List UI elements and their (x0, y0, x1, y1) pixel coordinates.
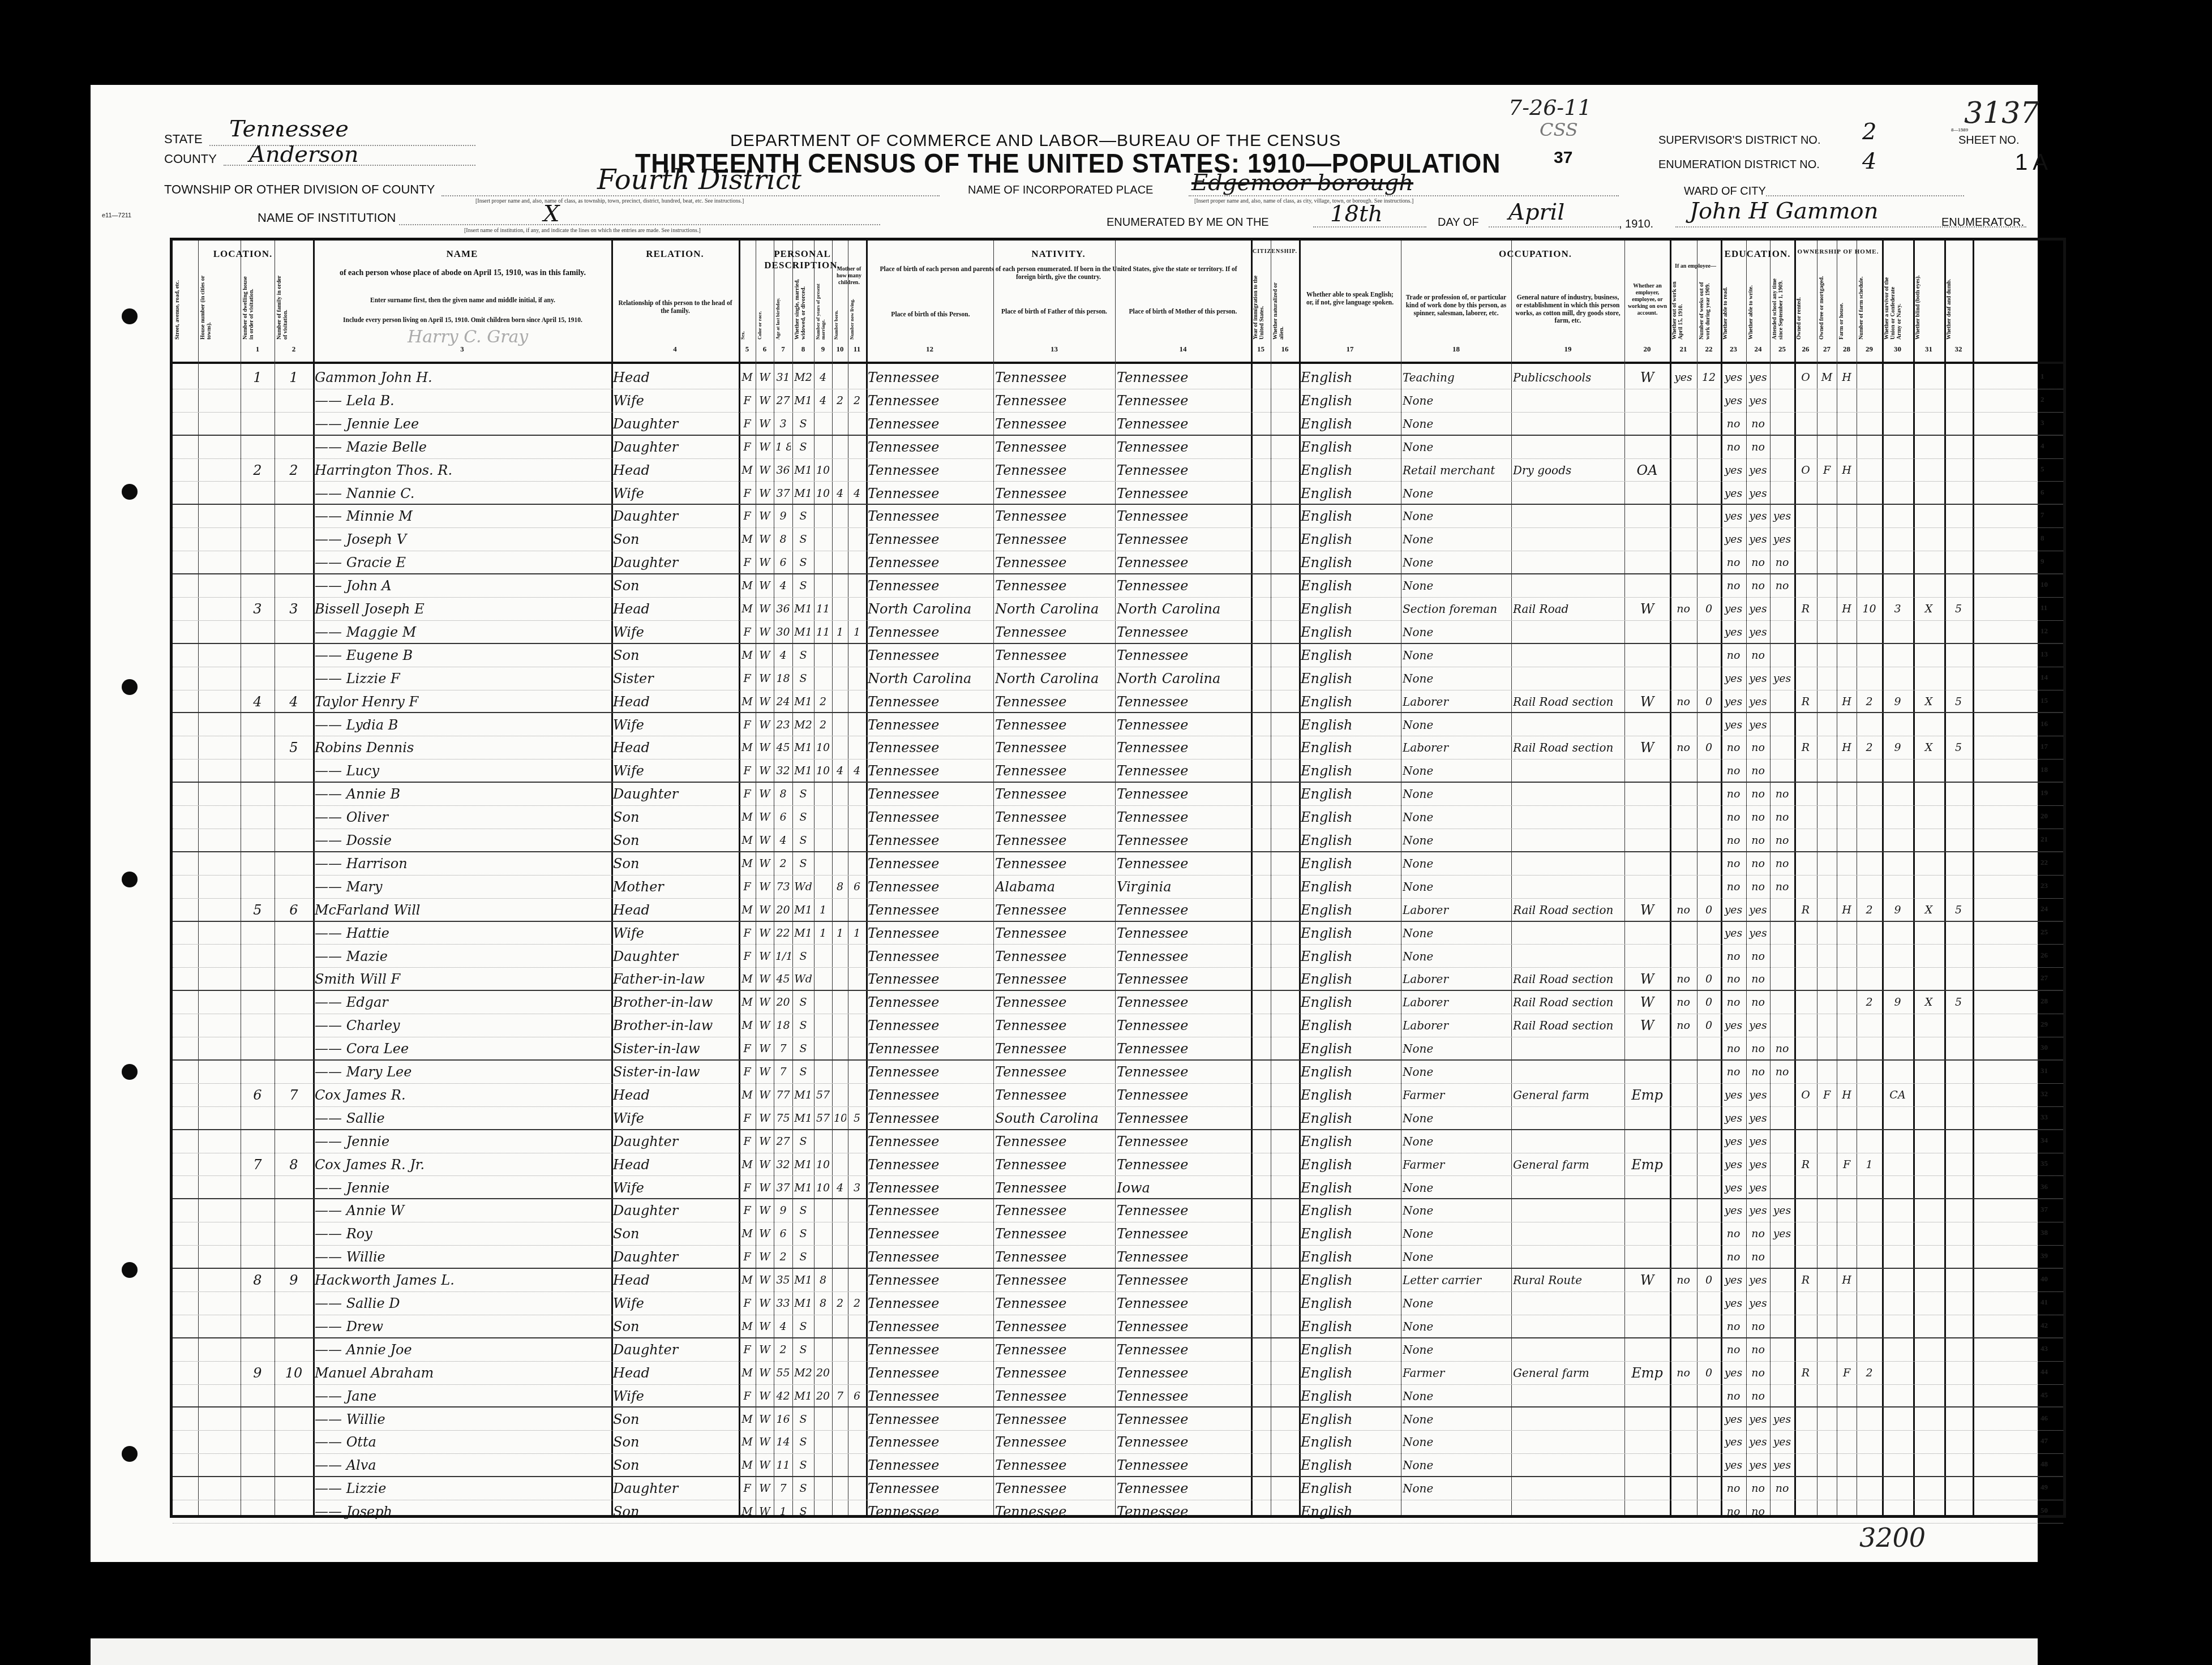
cell-sex: F (740, 784, 754, 804)
ward-label: WARD OF CITY (1684, 185, 1766, 198)
cell-fpob: Tennessee (995, 992, 1113, 1012)
cell-trade: None (1403, 1455, 1510, 1475)
cell-mpob: Tennessee (1117, 1155, 1249, 1175)
cell-name: Cox James R. Jr. (315, 1155, 610, 1175)
cell-rel: Wife (613, 1178, 737, 1198)
cell-write: no (1748, 1224, 1768, 1244)
cell-name: —— Dossie (315, 830, 610, 851)
cell-own: R (1796, 900, 1815, 920)
cell-sex: M (740, 460, 754, 480)
cell-eng: English (1301, 483, 1399, 504)
cell-name: —— Drew (315, 1316, 610, 1337)
cell-emp: Emp (1626, 1155, 1668, 1175)
cell-fam: 7 (276, 1085, 311, 1105)
cell-trade: Letter carrier (1403, 1270, 1510, 1290)
cell-fpob: Tennessee (995, 1178, 1113, 1198)
line-number: 41 (2040, 1298, 2048, 1307)
margin-signature: Harry C. Gray (408, 327, 528, 347)
cell-pob: Tennessee (868, 1409, 992, 1430)
table-row: —— JennieDaughterFW27STennesseeTennessee… (173, 1130, 2063, 1153)
cell-name: —— Minnie M (315, 506, 610, 526)
cell-name: Robins Dennis (315, 737, 610, 758)
column-number: 24 (1746, 345, 1770, 354)
supervisor-number: 2 (1862, 119, 1876, 145)
cell-emp: Emp (1626, 1363, 1668, 1383)
cell-eng: English (1301, 1039, 1399, 1059)
cell-write: yes (1748, 1155, 1768, 1175)
cell-ind: General farm (1513, 1155, 1623, 1175)
cell-rel: Daughter (613, 1200, 737, 1221)
cell-free: F (1819, 460, 1835, 480)
cell-mpob: Tennessee (1117, 1409, 1249, 1430)
cell-farm: F (1838, 1363, 1855, 1383)
line-number: 45 (2040, 1391, 2048, 1400)
cell-fpob: Tennessee (995, 645, 1113, 666)
vertical-header-c21: Whether out of work on April 15, 1910. (1671, 272, 1695, 340)
vertical-header-c16: Whether naturalized or alien. (1272, 272, 1297, 340)
cell-sch: no (1772, 576, 1793, 596)
cell-rel: Son (613, 1316, 737, 1337)
cell-read: yes (1722, 483, 1744, 504)
cell-trade: None (1403, 877, 1510, 897)
cell-rel: Wife (613, 1293, 737, 1314)
cell-read: no (1722, 576, 1744, 596)
vertical-header-c26: Owned or rented. (1796, 272, 1815, 340)
cell-rel: Wife (613, 761, 737, 781)
cell-write: yes (1748, 1015, 1768, 1036)
cell-mpob: Iowa (1117, 1178, 1249, 1198)
cell-ind: Dry goods (1513, 460, 1623, 480)
cell-mpob: Tennessee (1117, 506, 1249, 526)
cell-race: W (757, 1386, 772, 1406)
col14-header: Place of birth of Mother of this person. (1118, 308, 1248, 316)
cell-yrs: 10 (816, 737, 830, 758)
cell-rel: Sister-in-law (613, 1039, 737, 1059)
cell-mpob: Tennessee (1117, 1363, 1249, 1383)
cell-pob: Tennessee (868, 1340, 992, 1360)
cell-sex: F (740, 877, 754, 897)
cell-dw: 5 (242, 900, 273, 920)
cell-sex: M (740, 1155, 754, 1175)
cell-fpob: Tennessee (995, 1455, 1113, 1475)
cell-fpob: Tennessee (995, 1432, 1113, 1452)
cell-race: W (757, 1455, 772, 1475)
cell-read: yes (1722, 599, 1744, 619)
cell-name: —— Hattie (315, 923, 610, 943)
table-row: —— Lydia BWifeFW23M22TennesseeTennesseeT… (173, 714, 2063, 737)
vertical-header-c_house: House number (in cities or towns). (200, 272, 239, 340)
line-number: 14 (2040, 673, 2048, 682)
cell-yrs: 57 (816, 1085, 830, 1105)
cell-mpob: Tennessee (1117, 692, 1249, 712)
vertical-header-c5: Sex. (740, 272, 754, 340)
cell-ms: M2 (794, 1363, 812, 1383)
table-row: —— OliverSonMW6STennesseeTennesseeTennes… (173, 806, 2063, 829)
cell-ind: Rail Road section (1513, 900, 1623, 920)
vertical-header-c25: Attended school any time since September… (1772, 272, 1793, 340)
cell-race: W (757, 552, 772, 573)
cell-born: 1 (834, 622, 846, 642)
cell-trade: None (1403, 923, 1510, 943)
table-row: —— Jennie LeeDaughterFW3STennesseeTennes… (173, 413, 2063, 436)
cell-pob: Tennessee (868, 1155, 992, 1175)
line-number: 50 (2040, 1506, 2048, 1515)
cell-fpob: Tennessee (995, 1409, 1113, 1430)
cell-age: 1 (775, 1501, 791, 1522)
cell-name: —— Lizzie (315, 1478, 610, 1499)
cell-sex: F (740, 1108, 754, 1128)
cell-read: yes (1722, 900, 1744, 920)
cell-emp: W (1626, 900, 1668, 920)
table-row: —— OttaSonMW14STennesseeTennesseeTenness… (173, 1431, 2063, 1454)
cell-read: no (1722, 1316, 1744, 1337)
cell-mpob: Tennessee (1117, 923, 1249, 943)
cell-c30: 9 (1884, 992, 1911, 1012)
cell-farm: H (1838, 737, 1855, 758)
table-row: 78Cox James R. Jr.HeadMW32M110TennesseeT… (173, 1153, 2063, 1177)
cell-sched: 2 (1858, 1363, 1880, 1383)
cell-trade: Laborer (1403, 992, 1510, 1012)
cell-ind: Rail Road (1513, 599, 1623, 619)
cell-write: yes (1748, 692, 1768, 712)
cell-fpob: Tennessee (995, 483, 1113, 504)
cell-ms: M2 (794, 715, 812, 735)
cell-fpob: Tennessee (995, 761, 1113, 781)
column-number: 22 (1697, 345, 1721, 354)
table-row: —— AlvaSonMW11STennesseeTennesseeTenness… (173, 1454, 2063, 1477)
cell-read: yes (1722, 715, 1744, 735)
cell-ms: S (794, 1340, 812, 1360)
cell-age: 7 (775, 1062, 791, 1082)
cell-c32: 5 (1946, 900, 1971, 920)
cell-sex: F (740, 668, 754, 689)
cell-sex: F (740, 1039, 754, 1059)
cell-fpob: Tennessee (995, 460, 1113, 480)
table-row: —— JennieWifeFW37M11043TennesseeTennesse… (173, 1177, 2063, 1200)
cell-ms: M1 (794, 900, 812, 920)
cell-write: yes (1748, 506, 1768, 526)
cell-own: O (1796, 367, 1815, 388)
line-number: 10 (2040, 580, 2048, 589)
cell-fpob: Tennessee (995, 830, 1113, 851)
cell-fpob: Tennessee (995, 576, 1113, 596)
cell-write: no (1748, 437, 1768, 457)
page-number-top: 3137 (1964, 96, 2039, 130)
cell-ms: S (794, 1062, 812, 1082)
column-number: 4 (611, 345, 739, 354)
cell-write: yes (1748, 622, 1768, 642)
cell-ms: M1 (794, 1178, 812, 1198)
table-row: —— RoySonMW6STennesseeTennesseeTennessee… (173, 1222, 2063, 1246)
cell-race: W (757, 1363, 772, 1383)
cell-read: yes (1722, 923, 1744, 943)
cell-read: no (1722, 1247, 1744, 1267)
cell-write: yes (1748, 1131, 1768, 1152)
cell-read: no (1722, 1224, 1744, 1244)
cell-mpob: Tennessee (1117, 622, 1249, 642)
line-number: 36 (2040, 1182, 2048, 1191)
cell-c31: X (1915, 692, 1943, 712)
cell-fpob: Tennessee (995, 552, 1113, 573)
line-number: 40 (2040, 1275, 2048, 1284)
column-number: 1 (241, 345, 275, 354)
cell-race: W (757, 483, 772, 504)
cell-mpob: Tennessee (1117, 1455, 1249, 1475)
enumerated-label: ENUMERATED BY ME ON THE (1107, 216, 1269, 229)
cell-ms: S (794, 668, 812, 689)
line-number: 22 (2040, 858, 2048, 867)
cell-fpob: Tennessee (995, 1224, 1113, 1244)
cell-mpob: Tennessee (1117, 1062, 1249, 1082)
cell-trade: None (1403, 1224, 1510, 1244)
cell-name: —— Charley (315, 1015, 610, 1036)
cell-eng: English (1301, 1455, 1399, 1475)
cell-age: 6 (775, 1224, 791, 1244)
cell-trade: Farmer (1403, 1085, 1510, 1105)
cell-pob: Tennessee (868, 692, 992, 712)
cell-own: O (1796, 1085, 1815, 1105)
cell-name: —— Lela B. (315, 390, 610, 411)
cell-sch: yes (1772, 1409, 1793, 1430)
cell-sch: no (1772, 853, 1793, 874)
cell-mpob: Tennessee (1117, 529, 1249, 550)
cell-sex: M (740, 1224, 754, 1244)
group-header-occupation: OCCUPATION. (1401, 248, 1670, 260)
cell-fpob: Tennessee (995, 1039, 1113, 1059)
cell-mpob: Tennessee (1117, 761, 1249, 781)
cell-rel: Son (613, 1224, 737, 1244)
enumerator-name: John H Gammon (1690, 198, 1878, 224)
cell-eng: English (1301, 1478, 1399, 1499)
cell-sex: M (740, 737, 754, 758)
cell-sex: M (740, 1501, 754, 1522)
table-row: —— Eugene BSonMW4STennesseeTennesseeTenn… (173, 644, 2063, 667)
cell-ms: M1 (794, 1386, 812, 1406)
table-row: —— JosephSonMW1STennesseeTennesseeTennes… (173, 1500, 2063, 1524)
cell-mpob: Tennessee (1117, 1039, 1249, 1059)
line-number: 42 (2040, 1321, 2048, 1330)
cell-rel: Head (613, 367, 737, 388)
cell-mpob: Tennessee (1117, 576, 1249, 596)
vertical-header-c2: Number of family in order of visitation. (276, 272, 311, 340)
cell-trade: None (1403, 1293, 1510, 1314)
cell-read: no (1722, 437, 1744, 457)
vertical-header-c29: Number of farm schedule. (1858, 272, 1880, 340)
cell-mpob: Tennessee (1117, 483, 1249, 504)
cell-eng: English (1301, 1293, 1399, 1314)
cell-ms: S (794, 784, 812, 804)
cell-write: no (1748, 1501, 1768, 1522)
punch-hole (122, 872, 138, 887)
cell-eng: English (1301, 692, 1399, 712)
cell-sched: 1 (1858, 1155, 1880, 1175)
cell-race: W (757, 1039, 772, 1059)
cell-mpob: Tennessee (1117, 969, 1249, 989)
cell-write: no (1748, 737, 1768, 758)
cell-sex: F (740, 390, 754, 411)
table-row: 56McFarland WillHeadMW20M11TennesseeTenn… (173, 899, 2063, 922)
date-stamp: 7-26-11 (1508, 95, 1592, 120)
cell-fam: 2 (276, 460, 311, 480)
cell-farm: H (1838, 692, 1855, 712)
cell-living: 6 (850, 877, 864, 897)
cell-race: W (757, 807, 772, 827)
cell-fpob: Tennessee (995, 529, 1113, 550)
cell-read: yes (1722, 1015, 1744, 1036)
table-row: 22Harrington Thos. R.HeadMW36M110Tenness… (173, 459, 2063, 482)
cell-eng: English (1301, 390, 1399, 411)
cell-eng: English (1301, 1340, 1399, 1360)
cell-sch: no (1772, 552, 1793, 573)
punch-hole (122, 1446, 138, 1462)
cell-fpob: Tennessee (995, 390, 1113, 411)
cell-farm: H (1838, 599, 1855, 619)
cell-rel: Son (613, 645, 737, 666)
line-number: 5 (2040, 465, 2044, 474)
cell-read: no (1722, 1386, 1744, 1406)
cell-ind: Rail Road section (1513, 992, 1623, 1012)
cell-read: yes (1722, 1432, 1744, 1452)
cell-rel: Son (613, 529, 737, 550)
cell-race: W (757, 946, 772, 967)
cell-read: yes (1722, 390, 1744, 411)
mark-37: 37 (1554, 148, 1572, 168)
cell-ms: M1 (794, 390, 812, 411)
cell-trade: None (1403, 807, 1510, 827)
cell-wks: 0 (1699, 737, 1719, 758)
cell-write: no (1748, 992, 1768, 1012)
cell-ind: Rail Road section (1513, 737, 1623, 758)
cell-rel: Daughter (613, 784, 737, 804)
cell-read: yes (1722, 460, 1744, 480)
table-row: —— Gracie EDaughterFW6STennesseeTennesse… (173, 551, 2063, 574)
cell-trade: None (1403, 1108, 1510, 1128)
cell-sex: F (740, 437, 754, 457)
cell-race: W (757, 1062, 772, 1082)
cell-trade: Farmer (1403, 1363, 1510, 1383)
table-row: —— HattieWifeFW22M1111TennesseeTennessee… (173, 922, 2063, 945)
cell-rel: Son (613, 1455, 737, 1475)
col17-header: Whether able to speak English; or, if no… (1302, 291, 1397, 307)
cell-age: 42 (775, 1386, 791, 1406)
cell-mpob: North Carolina (1117, 668, 1249, 689)
cell-write: no (1748, 1340, 1768, 1360)
cell-mpob: Tennessee (1117, 1340, 1249, 1360)
cell-emp: W (1626, 1270, 1668, 1290)
cell-write: no (1748, 1316, 1768, 1337)
cell-mpob: Tennessee (1117, 1108, 1249, 1128)
column-number: 25 (1770, 345, 1794, 354)
form-code: e11—7211 (102, 212, 131, 219)
cell-rel: Head (613, 599, 737, 619)
cell-farm: H (1838, 460, 1855, 480)
cell-write: no (1748, 552, 1768, 573)
table-row: 11Gammon John H.HeadMW31M24TennesseeTenn… (173, 366, 2063, 389)
cell-sex: M (740, 1316, 754, 1337)
cell-write: no (1748, 946, 1768, 967)
cell-name: —— Sallie D (315, 1293, 610, 1314)
line-number: 13 (2040, 650, 2048, 659)
table-row: —— LucyWifeFW32M11044TennesseeTennesseeT… (173, 759, 2063, 783)
cell-sex: M (740, 529, 754, 550)
cell-emp: Emp (1626, 1085, 1668, 1105)
group-header-citizenship: CITIZENSHIP. (1251, 248, 1299, 255)
cell-fpob: Tennessee (995, 367, 1113, 388)
cell-mpob: Tennessee (1117, 645, 1249, 666)
column-number: 13 (993, 345, 1115, 354)
cell-eng: English (1301, 1501, 1399, 1522)
cell-write: yes (1748, 900, 1768, 920)
col20-header: Whether an employer, employee, or workin… (1626, 283, 1669, 317)
county-label: COUNTY (164, 152, 217, 166)
table-row: —— DossieSonMW4STennesseeTennesseeTennes… (173, 829, 2063, 852)
cell-fpob: Tennessee (995, 1247, 1113, 1267)
cell-yrs: 2 (816, 692, 830, 712)
cell-ind: General farm (1513, 1363, 1623, 1383)
line-number: 9 (2040, 557, 2044, 566)
cell-name: —— Mary Lee (315, 1062, 610, 1082)
cell-trade: Section foreman (1403, 599, 1510, 619)
cell-emp: W (1626, 367, 1668, 388)
cell-c31: X (1915, 737, 1943, 758)
cell-pob: Tennessee (868, 737, 992, 758)
cell-farm: H (1838, 900, 1855, 920)
line-number: 20 (2040, 812, 2048, 821)
cell-c30: 9 (1884, 737, 1911, 758)
cell-oow: no (1671, 992, 1695, 1012)
cell-yrs: 57 (816, 1108, 830, 1128)
cell-trade: None (1403, 1316, 1510, 1337)
cell-ms: S (794, 645, 812, 666)
cell-pob: Tennessee (868, 1062, 992, 1082)
table-row: 910Manuel AbrahamHeadMW55M220TennesseeTe… (173, 1362, 2063, 1385)
cell-pob: Tennessee (868, 877, 992, 897)
cell-age: 7 (775, 1039, 791, 1059)
cell-mpob: Tennessee (1117, 946, 1249, 967)
cell-farm: H (1838, 1085, 1855, 1105)
cell-name: —— Maggie M (315, 622, 610, 642)
cell-rel: Wife (613, 923, 737, 943)
county-value: Anderson (249, 141, 358, 168)
cell-read: yes (1722, 1178, 1744, 1198)
cell-fpob: Alabama (995, 877, 1113, 897)
cell-eng: English (1301, 414, 1399, 434)
cell-race: W (757, 992, 772, 1012)
cell-ms: S (794, 1455, 812, 1475)
cell-race: W (757, 1340, 772, 1360)
cell-ind: Publicschools (1513, 367, 1623, 388)
cell-read: no (1722, 969, 1744, 989)
table-row: —— Mary LeeSister-in-lawFW7STennesseeTen… (173, 1061, 2063, 1084)
cell-age: 1/12 (775, 946, 791, 967)
cell-read: yes (1722, 1409, 1744, 1430)
cell-dw: 6 (242, 1085, 273, 1105)
cell-trade: None (1403, 414, 1510, 434)
cell-sex: F (740, 622, 754, 642)
cell-ms: S (794, 1131, 812, 1152)
cell-eng: English (1301, 1409, 1399, 1430)
cell-fpob: Tennessee (995, 715, 1113, 735)
cell-wks: 0 (1699, 599, 1719, 619)
cell-pob: Tennessee (868, 1247, 992, 1267)
column-number: 23 (1721, 345, 1746, 354)
cell-pob: Tennessee (868, 645, 992, 666)
cell-mpob: Tennessee (1117, 1200, 1249, 1221)
cell-sex: M (740, 1363, 754, 1383)
cell-name: Smith Will F (315, 969, 610, 989)
year-suffix: , 1910. (1619, 218, 1653, 231)
cell-sex: M (740, 969, 754, 989)
